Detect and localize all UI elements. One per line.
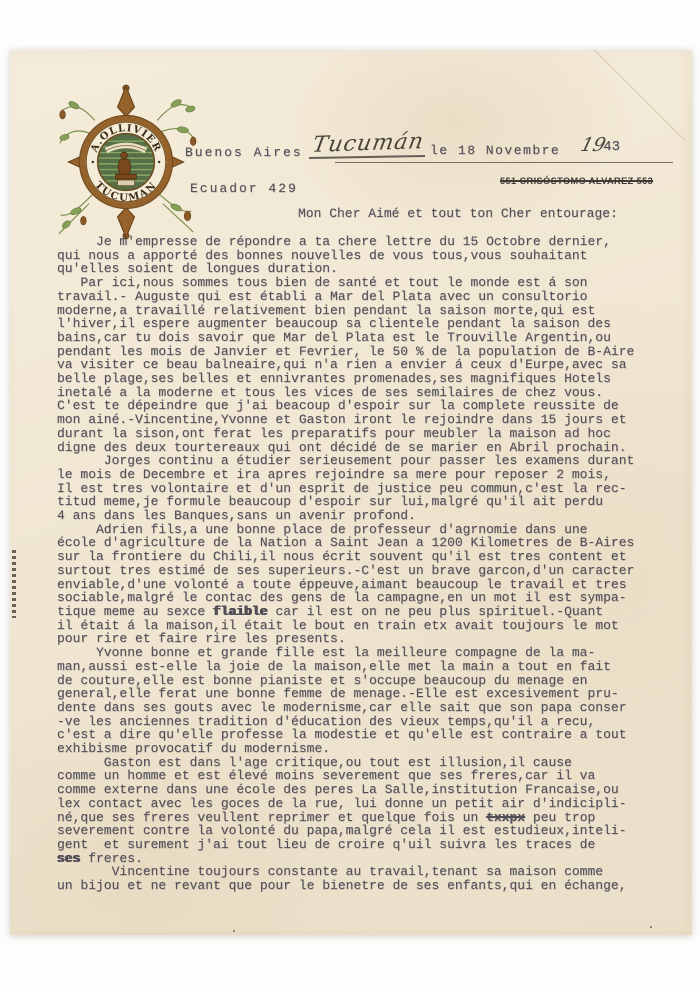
ring-dot-right: [158, 161, 160, 163]
letter-paragraph: Yvonne bonne et grande fille est la meil…: [57, 646, 634, 756]
ink-speck: [650, 926, 652, 928]
salutation: Mon Cher Aimé et tout ton Cher entourage…: [298, 206, 618, 221]
letter-paragraph: Vincentine toujours constante au travail…: [57, 865, 634, 892]
scan-background: { "colors": { "paper": "#f0e6d2", "typed…: [0, 0, 700, 990]
ring-dot-left: [92, 161, 94, 163]
typed-city: Buenos Aires: [185, 145, 303, 160]
letter-page: A.OLLIVIER TUCUMAN Buenos Aires Ecuador …: [10, 50, 692, 935]
letterhead-city-script: Tucumán: [310, 129, 426, 158]
typed-date: le 18 Novembre: [430, 143, 560, 158]
letterhead-street-address: 551 CRISÓSTOMO ALVAREZ 553: [500, 176, 653, 187]
letter-paragraph: Je m'empresse de répondre a ta chere let…: [57, 235, 634, 276]
typed-year-digits: 43: [603, 139, 620, 155]
letter-paragraph: Par ici,nous sommes tous bien de santé e…: [57, 276, 634, 454]
letter-paragraph: Jorges continu a étudier serieusement po…: [57, 454, 634, 523]
edge-microprint: [12, 550, 16, 618]
company-emblem: A.OLLIVIER TUCUMAN: [55, 82, 197, 242]
date-year: 1943: [581, 134, 622, 156]
letter-body: Je m'empresse de répondre a ta chere let…: [57, 235, 634, 893]
paper-crease: [594, 49, 685, 140]
letter-paragraph: Adrien fils,a une bonne place de profess…: [57, 523, 634, 646]
date-rule-line: [335, 162, 673, 163]
typed-street-address: Ecuador 429: [190, 181, 298, 196]
letter-paragraph: Gaston est dans l'age critique,ou tout e…: [57, 756, 634, 866]
figure-pedestal: [117, 180, 134, 186]
ink-speck: [233, 930, 235, 932]
